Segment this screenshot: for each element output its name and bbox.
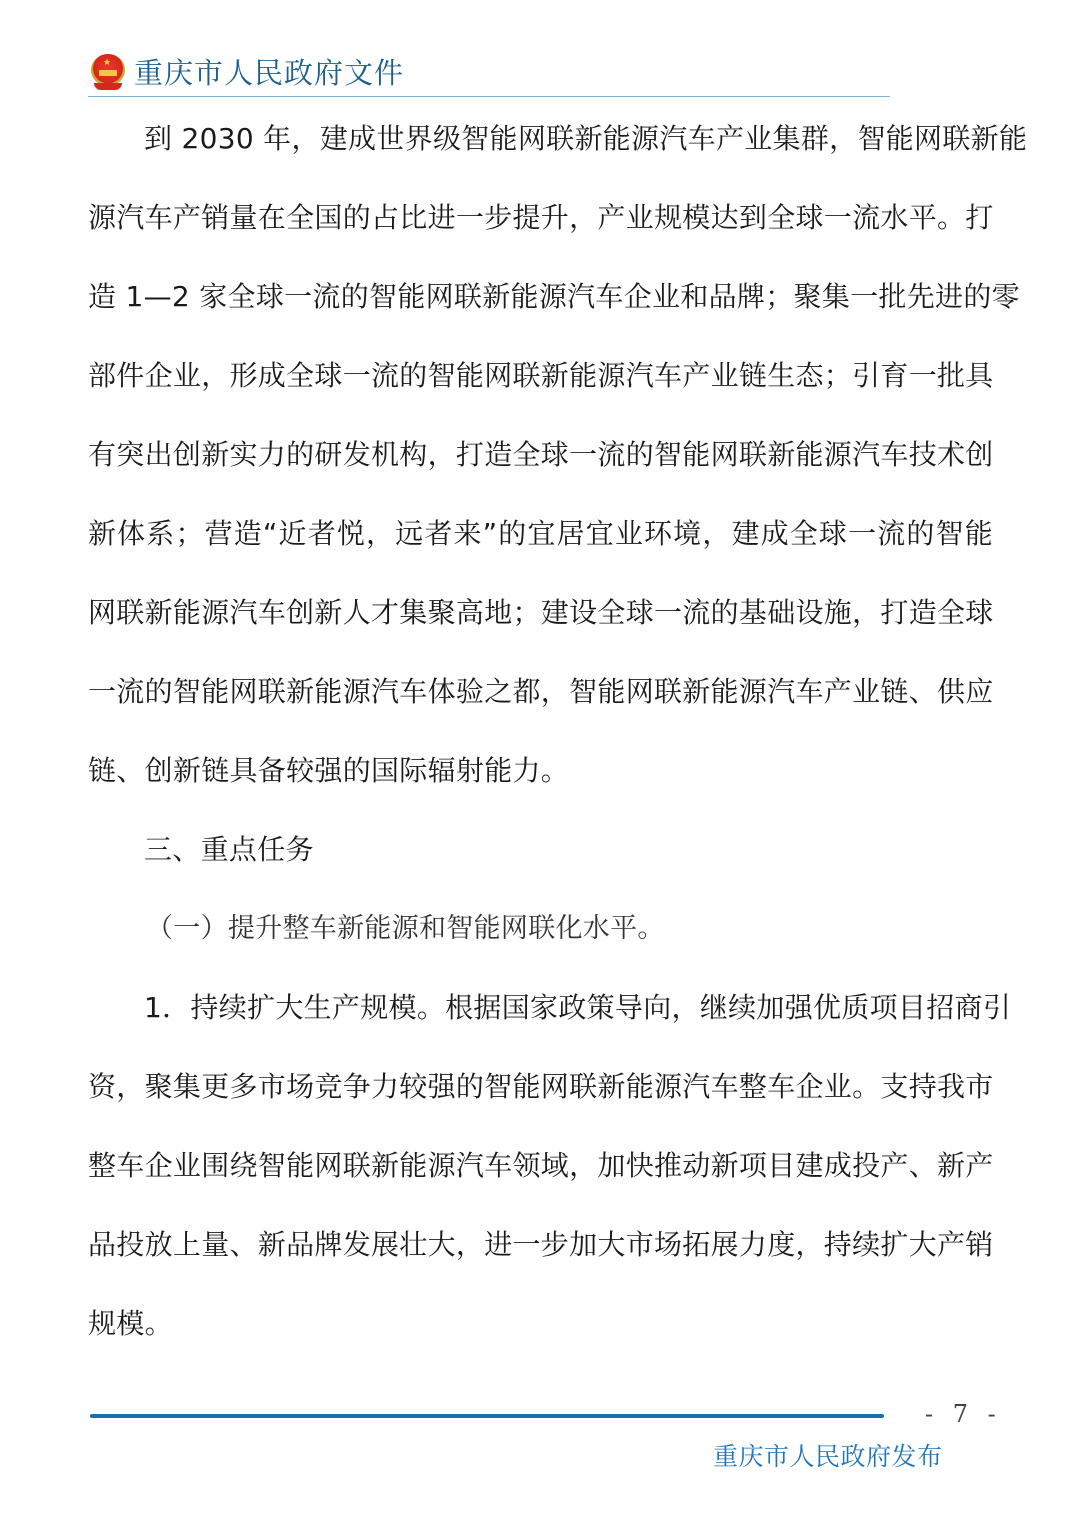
item-line: 整车企业围绕智能网联新能源汽车领域，加快推动新项目建成投产、新产	[88, 1135, 993, 1214]
header-divider	[88, 96, 890, 97]
item-line: 品投放上量、新品牌发展壮大，进一步加大市场拓展力度，持续扩大产销	[88, 1214, 993, 1293]
item-line: 规模。	[88, 1293, 993, 1372]
item-line: 1．持续扩大生产规模。根据国家政策导向，继续加强优质项目招商引	[88, 977, 993, 1056]
subsection-heading: （一）提升整车新能源和智能网联化水平。	[88, 898, 993, 977]
document-header: ★ 重庆市人民政府文件	[88, 50, 404, 96]
paragraph-line: 造 1—2 家全球一流的智能网联新能源汽车企业和品牌；聚集一批先进的零	[88, 266, 993, 345]
paragraph-line: 源汽车产销量在全国的占比进一步提升，产业规模达到全球一流水平。打	[88, 187, 993, 266]
item-line: 资，聚集更多市场竞争力较强的智能网联新能源汽车整车企业。支持我市	[88, 1056, 993, 1135]
section-heading: 三、重点任务	[88, 819, 993, 898]
footer-divider	[90, 1414, 884, 1418]
paragraph-line: 新体系；营造“近者悦，远者来”的宜居宜业环境，建成全球一流的智能	[88, 503, 993, 582]
header-title: 重庆市人民政府文件	[134, 50, 404, 96]
publisher-label: 重庆市人民政府发布	[713, 1437, 943, 1473]
paragraph-line: 有突出创新实力的研发机构，打造全球一流的智能网联新能源汽车技术创	[88, 424, 993, 503]
paragraph-line: 到 2030 年，建成世界级智能网联新能源汽车产业集群，智能网联新能	[88, 108, 993, 187]
paragraph-line: 链、创新链具备较强的国际辐射能力。	[88, 740, 993, 819]
page-number: - 7 -	[925, 1400, 1002, 1428]
paragraph-line: 网联新能源汽车创新人才集聚高地；建设全球一流的基础设施，打造全球	[88, 582, 993, 661]
document-body: 到 2030 年，建成世界级智能网联新能源汽车产业集群，智能网联新能 源汽车产销…	[88, 108, 993, 1372]
paragraph-line: 一流的智能网联新能源汽车体验之都，智能网联新能源汽车产业链、供应	[88, 661, 993, 740]
paragraph-line: 部件企业，形成全球一流的智能网联新能源汽车产业链生态；引育一批具	[88, 345, 993, 424]
national-emblem-icon: ★	[88, 52, 128, 94]
